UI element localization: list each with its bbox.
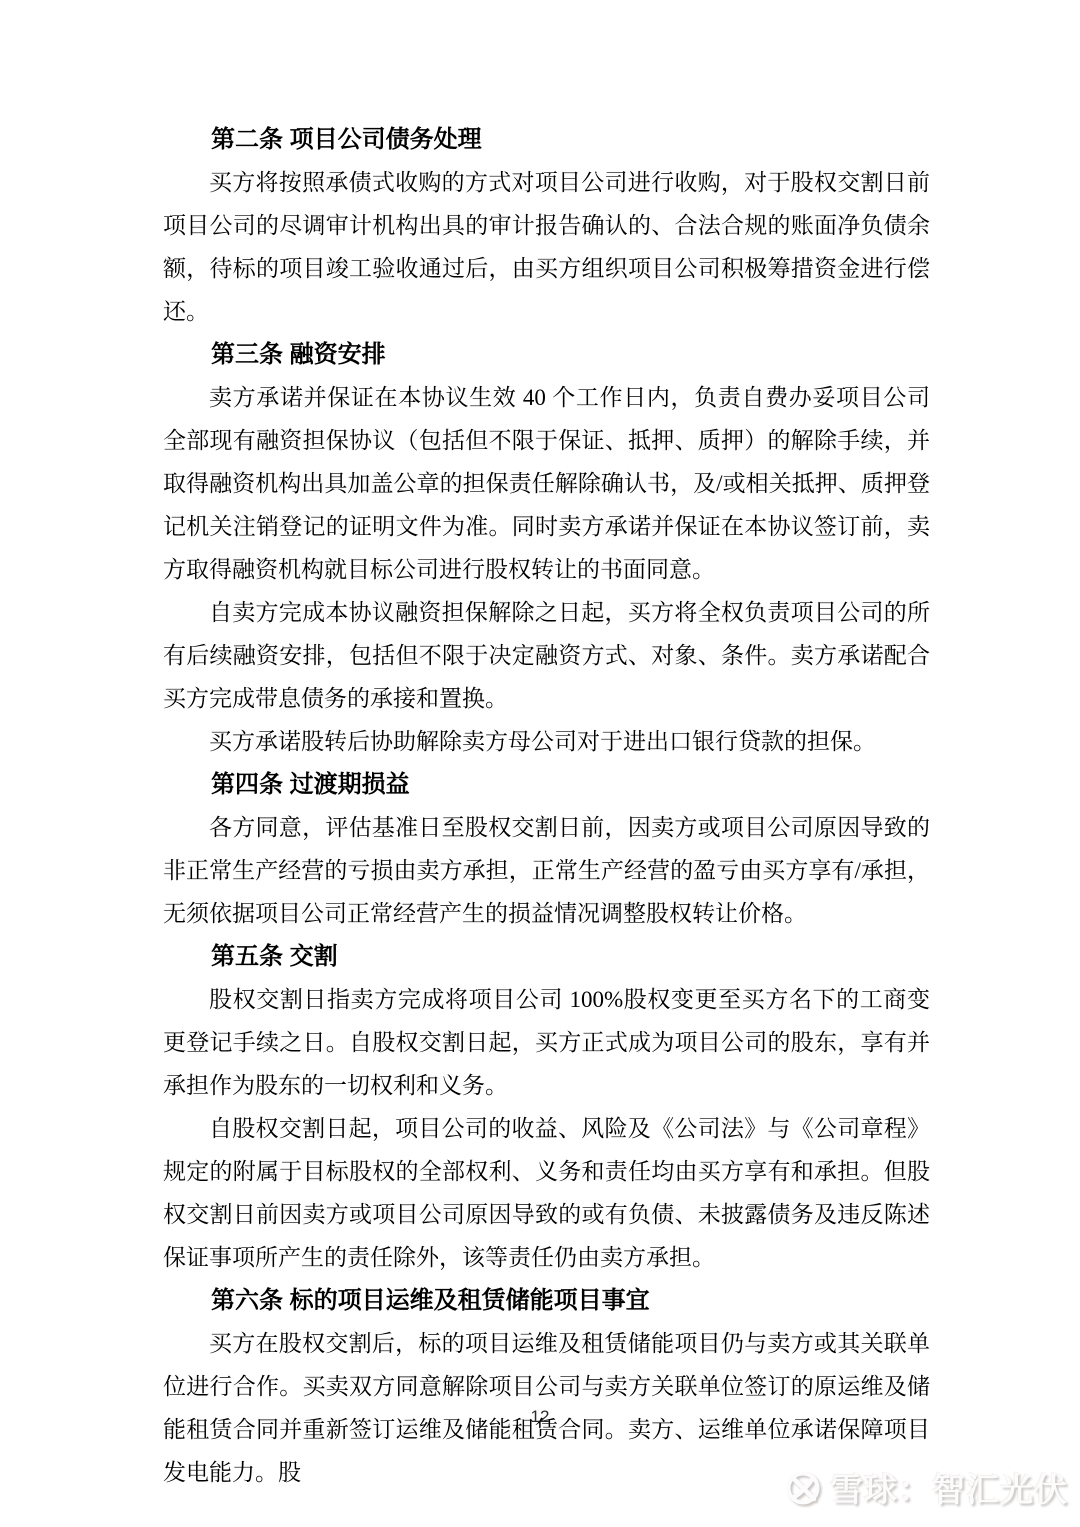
document-page: 第二条 项目公司债务处理 买方将按照承债式收购的方式对项目公司进行收购，对于股权… <box>0 0 1080 1527</box>
page-number: 12 <box>0 1407 1080 1427</box>
watermark: 雪球：智汇光伏 <box>784 1464 1068 1511</box>
contract-body: 第二条 项目公司债务处理 买方将按照承债式收购的方式对项目公司进行收购，对于股权… <box>163 118 930 1494</box>
section-heading-clause-2: 第二条 项目公司债务处理 <box>163 118 930 161</box>
watermark-text: 雪球：智汇光伏 <box>830 1464 1068 1511</box>
paragraph: 买方承诺股转后协助解除卖方母公司对于进出口银行贷款的担保。 <box>163 720 930 763</box>
paragraph: 自卖方完成本协议融资担保解除之日起，买方将全权负责项目公司的所有后续融资安排，包… <box>163 591 930 720</box>
paragraph: 买方将按照承债式收购的方式对项目公司进行收购，对于股权交割日前项目公司的尽调审计… <box>163 161 930 333</box>
section-heading-clause-3: 第三条 融资安排 <box>163 333 930 376</box>
section-heading-clause-4: 第四条 过渡期损益 <box>163 763 930 806</box>
paragraph: 股权交割日指卖方完成将项目公司 100%股权变更至买方名下的工商变更登记手续之日… <box>163 978 930 1107</box>
section-heading-clause-5: 第五条 交割 <box>163 935 930 978</box>
paragraph: 卖方承诺并保证在本协议生效 40 个工作日内，负责自费办妥项目公司全部现有融资担… <box>163 376 930 591</box>
section-heading-clause-6: 第六条 标的项目运维及租赁储能项目事宜 <box>163 1279 930 1322</box>
xueqiu-logo-icon <box>784 1469 822 1507</box>
paragraph: 各方同意，评估基准日至股权交割日前，因卖方或项目公司原因导致的非正常生产经营的亏… <box>163 806 930 935</box>
paragraph: 自股权交割日起，项目公司的收益、风险及《公司法》与《公司章程》规定的附属于目标股… <box>163 1107 930 1279</box>
